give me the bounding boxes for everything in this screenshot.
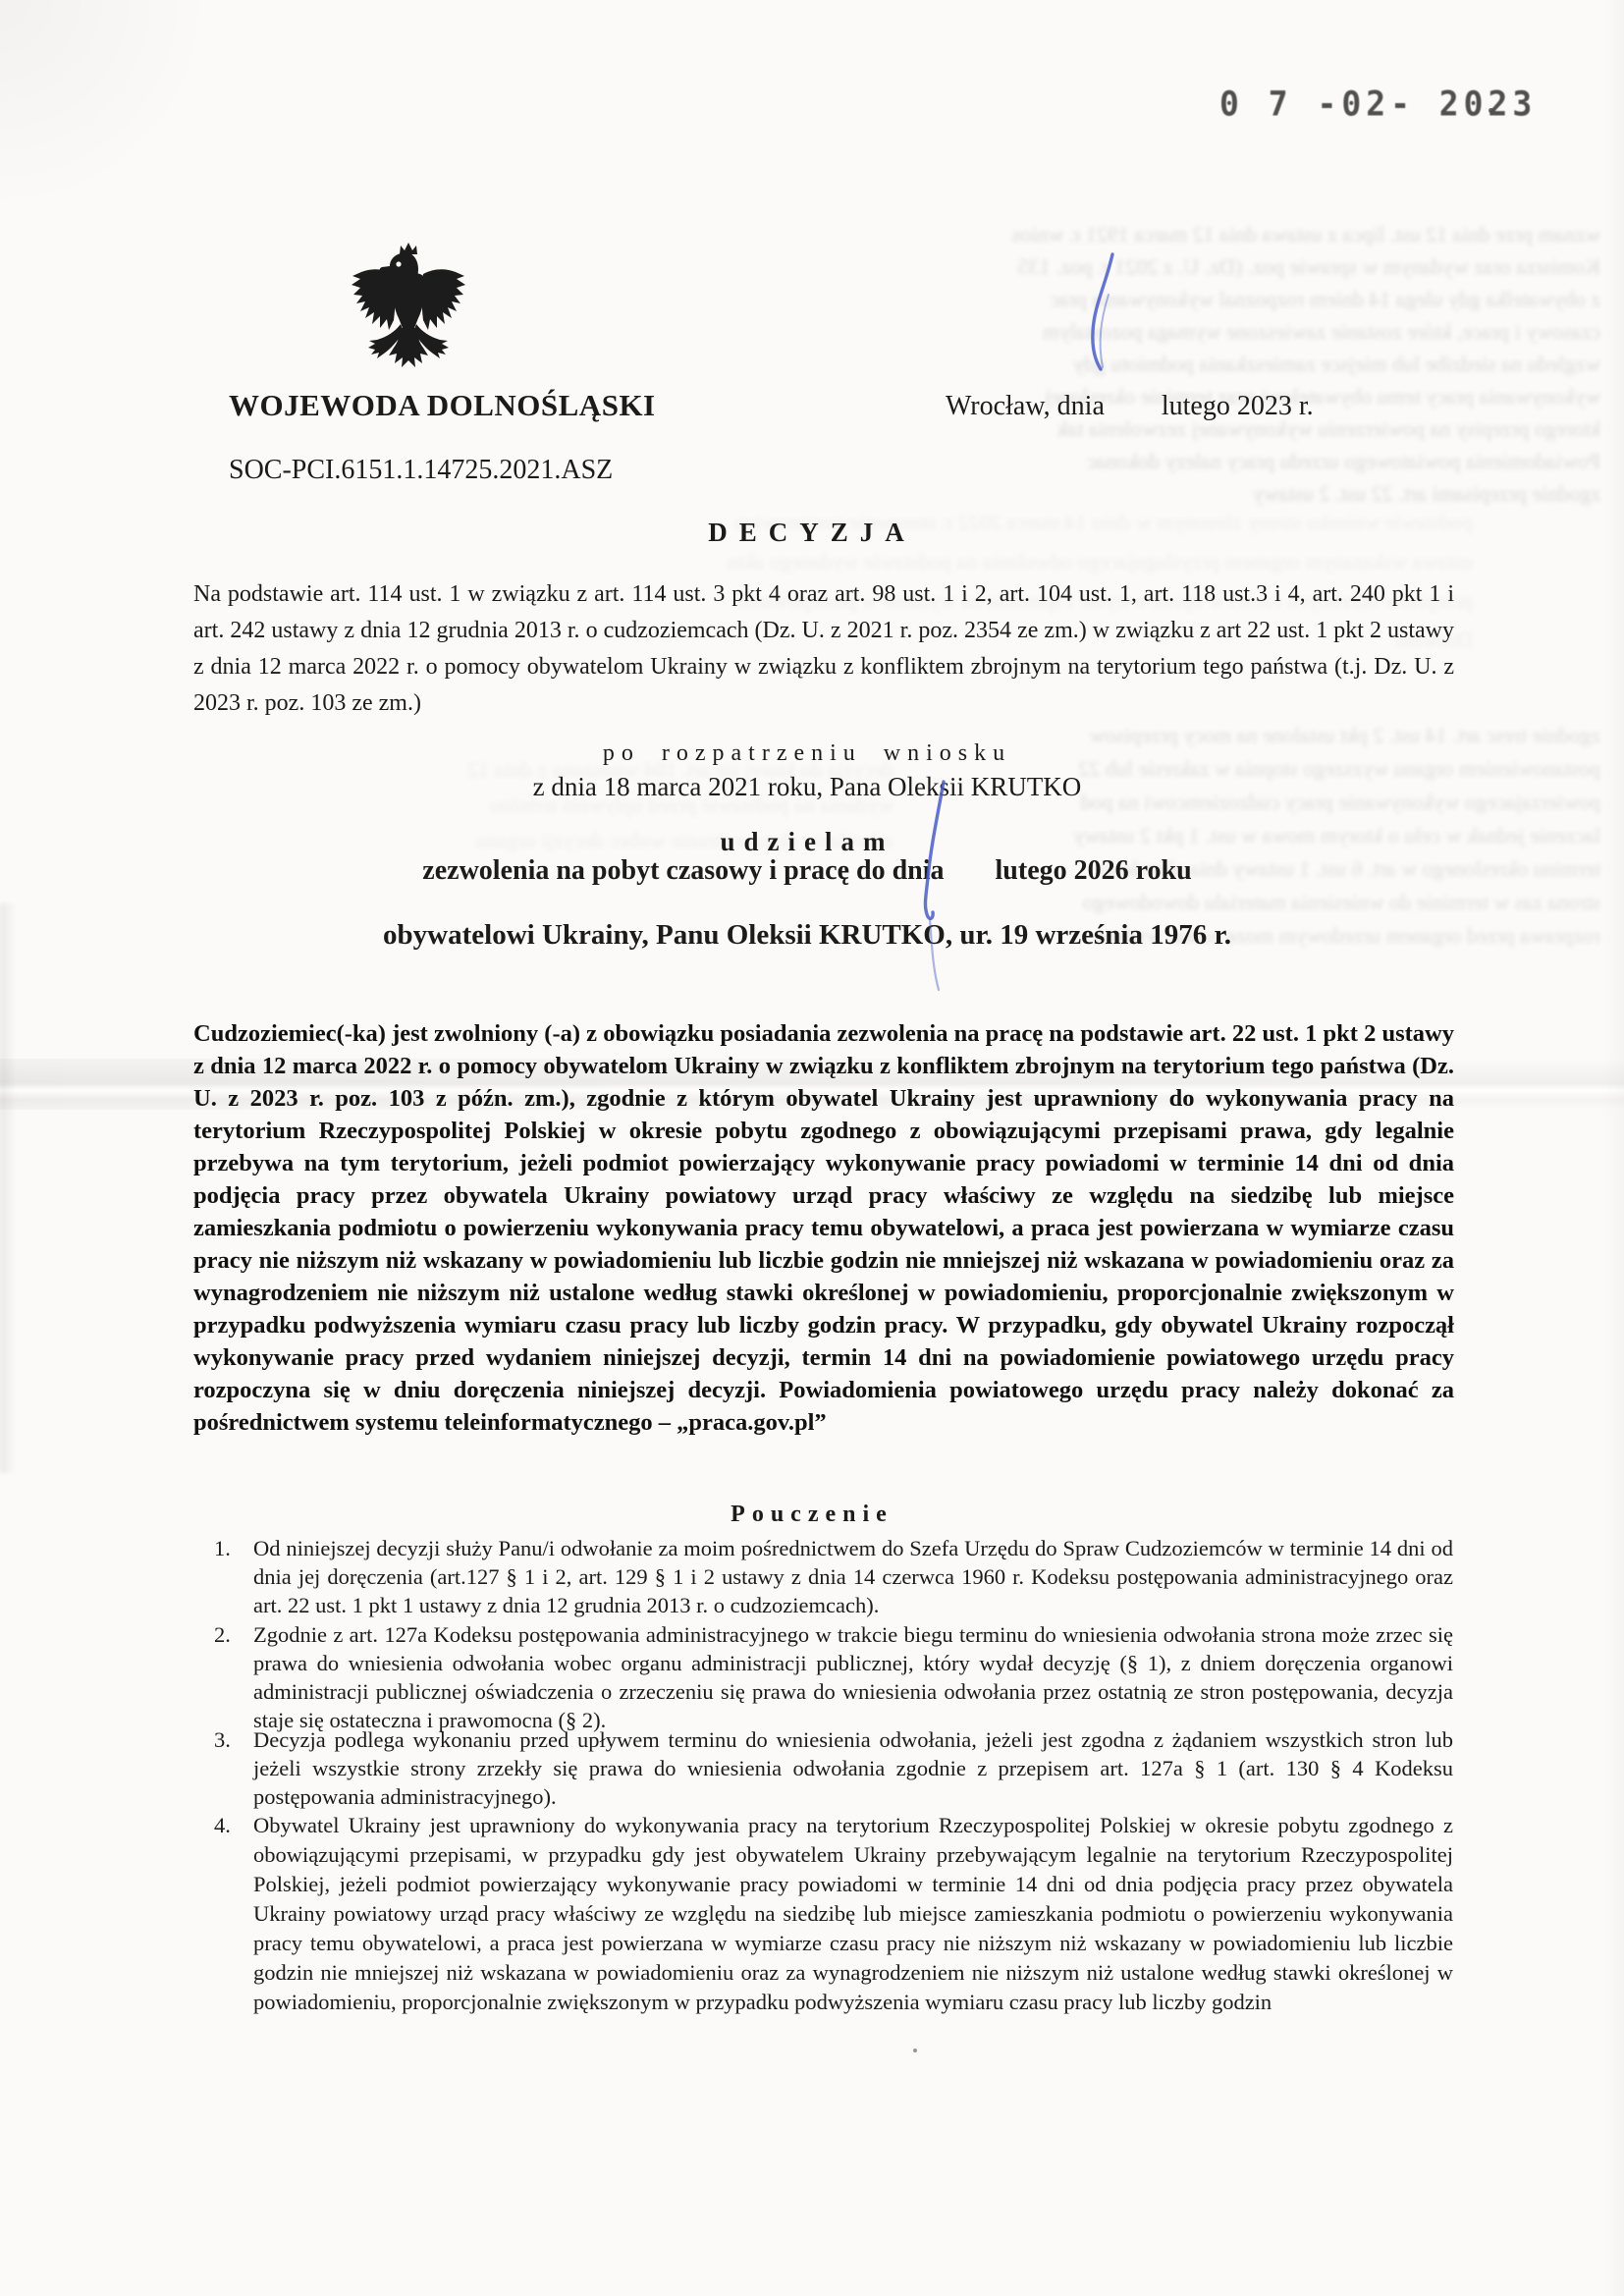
applicant-line: z dnia 18 marca 2021 roku, Pana Oleksii …: [0, 772, 1614, 802]
scan-corner-tint: [0, 0, 216, 216]
legal-basis-paragraph: Na podstawie art. 114 ust. 1 w związku z…: [193, 576, 1454, 722]
work-exemption-paragraph: Cudzoziemiec(-ka) jest zwolniony (-a) z …: [193, 1017, 1454, 1439]
scan-edge-shadow: [0, 903, 16, 1473]
place-date-suffix: lutego 2023 r.: [1162, 391, 1314, 421]
instruction-item: 2. Zgodnie z art. 127a Kodeksu postępowa…: [214, 1620, 1453, 1734]
item-number: 3.: [214, 1725, 231, 1754]
ink-speck: [913, 2049, 917, 2052]
grant-scope-line: zezwolenia na pobyt czasowy i pracę do d…: [0, 855, 1614, 887]
issuing-authority: WOJEWODA DOLNOŚLĄSKI: [229, 388, 656, 423]
instructions-heading: Pouczenie: [0, 1502, 1624, 1528]
case-reference-number: SOC-PCI.6151.1.14725.2021.ASZ: [229, 455, 613, 486]
bleed-through-text: wznam prze dnia 12 ust. lipca z ustawa d…: [835, 218, 1600, 510]
item-text: Decyzja podlega wykonaniu przed upływem …: [253, 1725, 1453, 1811]
instruction-item: 1. Od niniejszej decyzji służy Panu/i od…: [214, 1534, 1453, 1619]
item-text: Od niniejszej decyzji służy Panu/i odwoł…: [253, 1534, 1453, 1619]
consideration-line: po rozpatrzeniu wniosku: [0, 740, 1614, 767]
instruction-item: 4. Obywatel Ukrainy jest uprawniony do w…: [214, 1811, 1453, 2017]
item-number: 4.: [214, 1811, 231, 1839]
grant-scope-right: lutego 2026 roku: [996, 855, 1192, 886]
scan-edge-tint: [1602, 0, 1624, 2296]
beneficiary-line: obywatelowi Ukrainy, Panu Oleksii KRUTKO…: [0, 919, 1614, 952]
coat-of-arms-eagle-icon: [349, 242, 468, 379]
item-text: Obywatel Ukrainy jest uprawniony do wyko…: [253, 1811, 1453, 2017]
item-number: 2.: [214, 1620, 231, 1649]
received-date-stamp: 0 7 -02- 2023: [1219, 83, 1537, 124]
item-number: 1.: [214, 1534, 231, 1562]
instruction-item: 3. Decyzja podlega wykonaniu przed upływ…: [214, 1725, 1453, 1811]
item-text: Zgodnie z art. 127a Kodeksu postępowania…: [253, 1620, 1453, 1734]
document-page: wznam prze dnia 12 ust. lipca z ustawa d…: [0, 0, 1624, 2296]
grant-verb-line: udzielam: [0, 827, 1614, 857]
place-date-prefix: Wrocław, dnia: [946, 391, 1105, 421]
document-title: DECYZJA: [0, 518, 1624, 548]
grant-scope-left: zezwolenia na pobyt czasowy i pracę do d…: [422, 855, 944, 886]
place-and-date-line: Wrocław, dnialutego 2023 r.: [946, 391, 1314, 422]
